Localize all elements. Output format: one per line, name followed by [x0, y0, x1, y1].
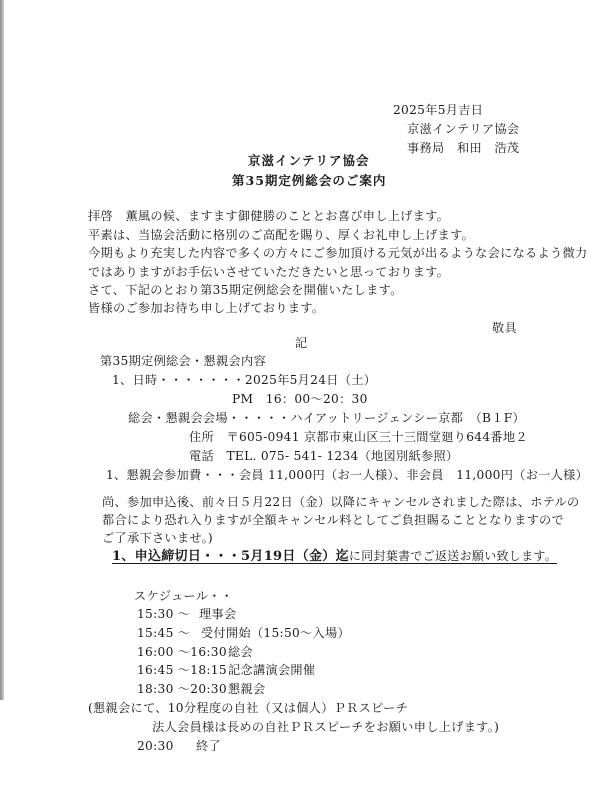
- sender-organization: 京滋インテリア協会: [407, 121, 519, 137]
- sender-name: 事務局 和田 浩茂: [407, 140, 519, 156]
- details-heading: 第35期定例総会・懇親会内容: [100, 353, 266, 369]
- body-line: 今期もより充実した内容で多くの方々にご参加頂ける元気が出るような会になるよう微力: [88, 245, 588, 261]
- notice-line: 尚、参加申込後、前々日５月22日（金）以降にキャンセルされました際は、ホテルの: [102, 494, 580, 510]
- ki-marker: 記: [295, 335, 308, 351]
- schedule-note: 法人会員様は長めの自社ＰＲスピーチをお願い申し上げます。): [152, 719, 499, 735]
- body-line: 拝啓 薫風の候、ますます御健勝のこととお喜び申し上げます。: [88, 208, 449, 224]
- venue-phone: 電話 TEL. 075- 541- 1234（地図別紙参照）: [189, 448, 458, 464]
- event-datetime: 1、日時・・・・・・・2025年5月24日（土）: [112, 372, 376, 388]
- deadline-instruction: に同封葉書でご返送お願い致します。: [349, 549, 557, 563]
- schedule-event: 記念講演会開催: [228, 662, 315, 678]
- schedule-time: 16:45 ～18:15: [137, 662, 227, 678]
- schedule-end-event: 終了: [196, 738, 221, 754]
- body-line: 平素は、当協会活動に格別のご高配を賜り、厚くお礼申し上げます。: [88, 227, 474, 243]
- schedule-event: 受付開始（15:50～入場）: [201, 625, 350, 641]
- schedule-label: スケジュール・・: [134, 588, 233, 604]
- closing-salutation: 敬具: [492, 320, 517, 336]
- page-title: 第35期定例総会のご案内: [232, 173, 386, 189]
- participation-fee: 1、懇親会参加費・・・会員 11,000円（お一人様）、非会員 11,000円（…: [106, 467, 588, 483]
- scan-edge-shadow: [0, 0, 4, 700]
- schedule-time: 18:30 ～20:30: [137, 681, 227, 697]
- schedule-time: 15:45 ～: [137, 625, 190, 641]
- event-time: PM 16：00～20：30: [232, 391, 368, 407]
- schedule-note: (懇親会にて、10分程度の自社（又は個人）ＰＲスピーチ: [88, 700, 408, 716]
- document-date: 2025年5月吉日: [393, 102, 483, 118]
- body-line: 皆様のご参加お待ち申し上げております。: [88, 300, 324, 316]
- schedule-event: 懇親会: [228, 681, 265, 697]
- schedule-end-time: 20:30: [137, 738, 174, 754]
- deadline-line: 1、申込締切日・・・5月19日（金）迄に同封葉書でご返送お願い致します。: [112, 548, 557, 565]
- notice-line: 都合により恐れ入りますが全額キャンセル料としてご負担賜ることとなりますので: [102, 512, 564, 528]
- schedule-event: 理事会: [199, 606, 236, 622]
- body-line: ではありますがお手伝いさせていただきたいと思っております。: [88, 264, 449, 280]
- schedule-time: 16:00 ～16:30: [137, 644, 227, 660]
- schedule-event: 総会: [228, 644, 253, 660]
- event-venue: 総会・懇親会会場・・・・・ハイアットリージェンシー京都 （B１F）: [128, 410, 525, 426]
- venue-address: 住所 〒605-0941 京都市東山区三十三間堂廻り644番地２: [189, 429, 528, 445]
- deadline-emphasis: 1、申込締切日・・・5月19日（金）迄: [112, 549, 349, 564]
- notice-line: ご了承下さいませ。): [102, 530, 213, 546]
- body-line: さて、下記のとおり第35期定例総会を開催いたします。: [88, 282, 403, 298]
- schedule-time: 15:30 ～: [137, 606, 190, 622]
- title-organization: 京滋インテリア協会: [248, 153, 370, 169]
